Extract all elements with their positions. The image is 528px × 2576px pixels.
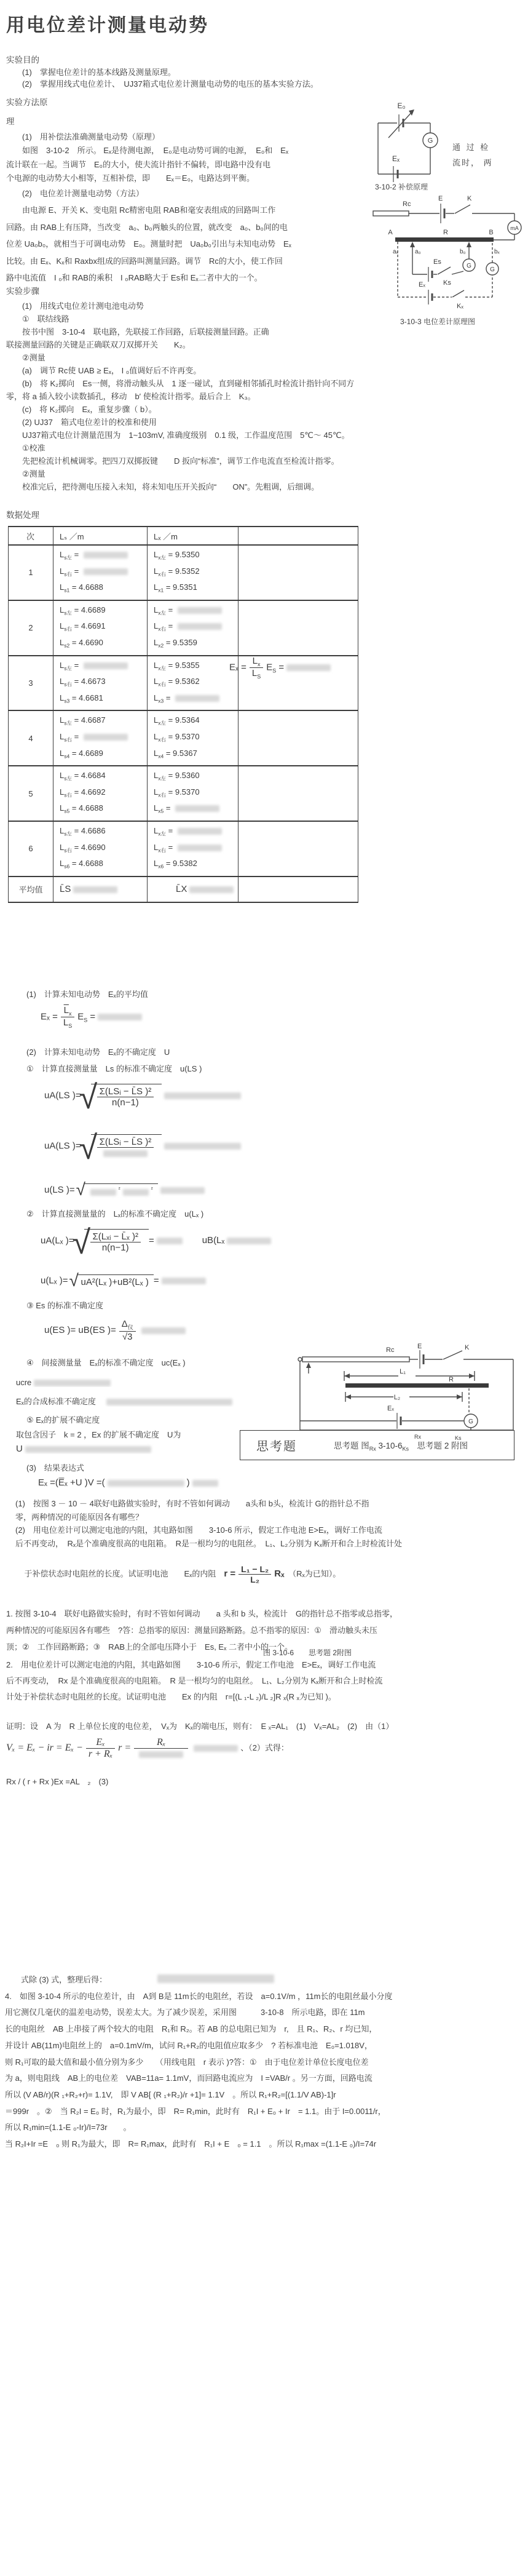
redacted-blur [178,607,222,614]
proof-line: 证明：设 A 为 R 上单位长度的电位差， Vₓ为 Kₓ的端电压，则有： E ₓ… [6,1720,526,1731]
label-r: R [449,1376,454,1383]
redacted-blur [175,805,219,812]
table-row: 1 Ls左 = Ls右 = Ls1 = 4.6688 Lx左 = 9.5350 … [9,545,358,600]
question-line: 零，两种情况的可能原因各有哪些？ [15,1511,528,1524]
table-header-row: 次 Lₛ ／m Lₓ ／m [9,527,358,545]
label-b: B [489,229,493,236]
resistance-wire [395,237,494,242]
text-line: (a) 调节 Rc使 UAB ≥ Eₓ， I ₀值调好后不许再变。 [6,364,526,377]
label-k: K [465,1344,470,1351]
question-r-formula: 于补偿状态时电阻丝的长度。试证明电池 Eₓ的内阻 r =L₁ − L₂L₂Rₓ … [15,1555,341,1594]
think-question-label: 思考题 [256,1436,297,1454]
arrow-icon [306,1362,311,1368]
average-ls: L̄S [53,877,148,902]
formula-ua-ls-2: uA(LS )=Σ(LSᵢ − L̄S )² [44,1134,243,1158]
redacted-blur [178,623,222,630]
redacted-blur [192,1480,218,1487]
dp-item-1: (1) 计算未知电动势 Eₓ的平均值 [18,988,148,1000]
steps-lines: (1) 用线式电位差计测电池电动势 ① 联结线路 按书中图 3-10-4 联电路… [6,300,526,493]
text-line: ②测量 [6,467,526,480]
label-b0: b₀ [460,248,466,255]
trial-number: 6 [9,821,53,877]
text-line: 当 R₂I+Ir =E ₀ 则 R₁为最大，即 R= R₁max，此时有 R₁I… [5,2136,527,2153]
answer-line: 2. 用电位差计可以测定电池的内阻，其电路如图 3-10-6 所示，假定工作电池… [6,1657,526,1673]
formula-result: Eₓ =(E̅ₓ +U )V =() [38,1477,221,1488]
formula-ex-average-side: Eₓ =LxLSES = [229,656,333,680]
method-para-2: 由电源 E、开关 K、变电阻 Rc精密电阻 RAB和毫安表组成的回路叫工作回路。… [6,202,370,287]
label-ax: aₓ [393,248,399,255]
ls-cell: Ls左 = 4.6684 Ls右 = 4.6692 Ls5 = 4.6688 [53,766,148,821]
arrow-icon [467,242,471,247]
text-line: 用它测仅几毫伏的温差电动势，误差太大。为了减少误差，采用图 3-10-8 所示电… [5,2005,527,2021]
formula-ua-lx: uA(Lₓ )=Σ(Lₓᵢ − L̄ₓ )²n(n−1)=uB(Lₓ [41,1229,274,1253]
redacted-blur [25,1446,151,1453]
document-page: 用电位差计测量电动势 实验目的 (1) 掌握电位差计的基本线路及测量原理。 (2… [0,0,528,2576]
redacted-blur [84,568,128,575]
answer-line: 1. 按图 3-10-4 联好电路做实验时，有时不管如何调动 a 头和 b 头，… [6,1605,526,1622]
page-title: 用电位差计测量电动势 [6,10,209,37]
redacted-blur [189,886,234,893]
label-a0: a₀ [415,248,421,255]
redacted-blur [157,1238,183,1244]
method-sub-2: (2) 电位差计测量电动势（方法） [6,187,144,199]
redacted-blur [178,828,222,835]
purpose-item: (1) 掌握电位差计的基本线路及测量原理。 [6,66,318,78]
heading-steps: 实验步骤 [6,284,39,296]
column-header: Lₓ ／m [148,527,238,545]
lx-cell: Lx左 = 9.5350 Lx右 = 9.5352 Lx1 = 9.5351 [148,545,238,600]
redacted-blur [123,1189,149,1196]
answer-line: 两种情况的可能原因各有哪些 ?答：总指零的原因：测量回路断路。总不指零的原因：①… [6,1622,526,1639]
redacted-blur [106,1399,232,1405]
column-header: 次 [9,527,53,545]
redacted-blur [84,734,128,741]
text-line: (1) 用线式电位差计测电池电动势 [6,300,526,312]
text-line: 由电源 E、开关 K、变电阻 Rc精密电阻 RAB和毫安表组成的回路叫工作 [6,202,370,219]
text-line: 路中电流值 I ₀和 RAB的乘积 I ₀RAB略大于 Es和 Eₓ二者中大的一… [6,269,370,287]
figure-3-10-2: E₀ Eₓ G 3-10-2 补偿原理 [366,90,520,195]
formula-u-ls: u(LS )=²² [44,1183,207,1197]
redacted-blur [194,1745,238,1752]
arrow-icon [345,1394,351,1399]
galvanometer-icon: G [428,137,433,145]
label-rc: Rc [386,1346,395,1354]
text-line: 零，将 a 插入较小读数插孔，移动 b′ 使检流计指零。最后合上 K₃。 [6,390,526,403]
data-table: 次 Lₛ ／m Lₓ ／m 1 Ls左 = Ls右 = Ls1 = 4.6688… [8,526,358,903]
redacted-blur [98,1014,142,1020]
label-k: K [467,195,472,202]
redacted-blur [160,1187,205,1194]
average-label: 平均值 [9,877,53,902]
formula-ua-ls-1: uA(LS )=Σ(LSᵢ − L̄S )²n(n−1) [44,1084,243,1108]
ls-cell: Ls左 = 4.6687 Ls右 = Ls4 = 4.6689 [53,710,148,766]
purpose-item: (2) 掌握用线式电位差计、 UJ37箱式电位差计测量电动势的电压的基本实验方法… [6,78,318,90]
table-row: 4 Ls左 = 4.6687 Ls右 = Ls4 = 4.6689 Lx左 = … [9,710,358,766]
text-line: ②测量 [6,351,526,364]
think-question-caption-box: 思考题 思考题 图Rx 3-10-6Ks 思考题 2 附图 [240,1430,514,1460]
redacted-blur [90,1189,116,1196]
label-e: E [417,1343,422,1350]
redacted-blur [157,1974,274,1983]
label-e0: E₀ [398,101,406,110]
text-line: (b) 将 K₂掷向 Es一侧，将滑动触头从 1 逐一碰试，直到碰相邻插孔时检流… [6,377,526,390]
text-line: 先把检流计机械调零。把四刀双掷扳键 D 扳向“标准”，调节工作电流直至检流计指零… [6,455,526,467]
figure-caption: 思考题 图Rx 3-10-6Ks 思考题 2 附图 [334,1439,468,1452]
answer-line: 后不再变动， Rx 是个准确度很高的电阻箱。 R 是一根均匀的电阻丝。 L₁、L… [6,1673,526,1689]
ls-cell: Ls左 = 4.6686 Ls右 = 4.6690 Ls6 = 4.6688 [53,821,148,877]
text-line: 4. 如图 3-10-4 所示的电位差计，由 A到 B是 11m长的电阻丝，若设… [5,1989,527,2005]
label-r: R [443,229,448,236]
resistance-wire [345,1383,489,1388]
text-line: 长的电阻丝 AB 上串接了两个较大的电阻 R₁和 R₂。若 AB 的总电阻已知为… [5,2021,527,2038]
dp-sub-4: ④ 间接测量量 Eₓ的标准不确定度 uc(Eₓ ) [18,1356,186,1368]
table-row: 2 Ls左 = 4.6689 Ls右 = 4.6691 Ls2 = 4.6690… [9,600,358,656]
heading-method-1: 实验方法原 [6,95,48,108]
internal-resistance-circuit-diagram: Rc E K L₁ R L₂ Eₓ G Rx Ks [295,1343,528,1441]
compensation-circuit-diagram: E₀ Eₓ G 3-10-2 补偿原理 [366,90,520,193]
text-line: UJ37箱式电位计测量范围为 1~103mV, 准确度级别 0.1 级，工作温度… [6,429,526,442]
redacted-blur [73,886,117,893]
redacted-blur [162,1278,206,1284]
text-line: ＝999r 。② 当 R₂I = E₀ 时，R₁为最小，即 R= R₁min，此… [5,2104,527,2120]
text-line: 所以 (V AB/r)(R ₁+R₂+r)= 1.1V, 即 V AB[ (R … [5,2087,527,2104]
arrow-icon [344,1373,350,1378]
formula-u-lx: u(Lₓ )=uA²(Lₓ )+uB²(Lₓ )= [41,1274,208,1287]
redacted-blur [84,662,128,669]
questions: (1) 按图 3 － 10 － 4联好电路做实验时，有时不管如何调动 a头和 b… [15,1497,528,1550]
label-ex: Eₓ [387,1405,394,1412]
question-line: (2) 用电位差计可以测定电池的内阻，其电路如图 3-10-6 所示，假定工作电… [15,1524,528,1537]
column-header-empty [238,527,358,545]
lx-cell: Lx左 = Lx右 = Lx2 = 9.5359 [148,600,238,656]
redacted-blur [141,1327,186,1334]
question-line: 后不再变动， Rₓ是个准确度很高的电阻箱。 R是一根均匀的电阻丝。 L₁、L₂分… [15,1537,528,1551]
column-header: Lₛ ／m [53,527,148,545]
text-line: 联接测量回路的关键是正确联双刀双掷开关 K₂。 [6,338,526,351]
label-l2: L₂ [394,1394,400,1401]
text-line: 则 R₁可取的最大值和最小值分别为多少 （用线电阻 r 表示 )?答：① 由于电… [5,2054,527,2071]
text-line: (c) 将 K₂掷向 Eₓ，重复步骤（ b）。 [6,403,526,416]
final-section: 式除 (3) 式，整理后得：4. 如图 3-10-4 所示的电位差计，由 A到 … [5,1972,527,2153]
trial-number: 3 [9,656,53,711]
figure-caption: 3-10-2 补偿原理 [375,182,428,191]
text-line: 比较。由 Eₓ、Kₓ和 Raxbx组成的回路叫测量回路。调节 Rc的大小，使工作… [6,253,370,270]
dp-sub-1: ① 计算直接测量量 Ls 的标准不确定度 u(LS ) [18,1062,202,1074]
method-para-1: 如图 3-10-2 所示。 Eₓ是待测电源， E₀是电动势可调的电源， E₀和 … [6,144,369,186]
lx-cell: Lx左 = 9.5355 Lx右 = 9.5362 Lx3 = [148,656,238,711]
text-line: 校准完后，把待测电压接入未知，将未知电压开关扳向“ ON”。先粗调，后细调。 [6,480,526,493]
table-average-row: 平均值 L̄S L̄X [9,877,358,902]
question-line: (1) 按图 3 － 10 － 4联好电路做实验时，有时不管如何调动 a头和 b… [15,1497,528,1511]
label-ex: Eₓ [419,281,425,288]
purpose-items: (1) 掌握电位差计的基本线路及测量原理。 (2) 掌握用线式电位差计、 UJ3… [6,66,318,90]
combined-uncertainty: Eₓ的合成标准不确定度 [16,1395,235,1407]
arrow-icon [457,1394,462,1399]
label-a: A [388,229,393,236]
average-lx: L̄X [148,877,238,902]
ls-cell: Ls左 = Ls右 = Ls1 = 4.6688 [53,545,148,600]
answer-2: 2. 用电位差计可以测定电池的内阻，其电路如图 3-10-6 所示，假定工作电池… [6,1657,526,1705]
text-line: 回路。由 RAB上有压降，当改变 a₀、b₀两触头的位置，就改变 a₀、b₀间的… [6,219,370,236]
redacted-blur [34,1380,111,1386]
text-line: 流计联在一起。当调节 E₀的大小，使夫流计指针不偏转，即电路中没有电 [6,158,369,172]
method-sub-1: (1) 用补偿法准确测量电动势（原理） [6,130,160,142]
galvanometer-icon: G [468,1418,473,1425]
redacted-blur [178,845,222,851]
text-line: (2) UJ37 箱式电位差计的校准和使用 [6,416,526,429]
label-rc: Rc [403,201,411,208]
label-l1: L₁ [400,1368,406,1375]
trial-number: 5 [9,766,53,821]
heading-method-2: 理 [6,114,15,127]
milliammeter-icon: mA [510,225,519,231]
redacted-blur [84,552,128,559]
label-e: E [438,195,443,202]
figure-3-10-6: Rc E K L₁ R L₂ Eₓ G Rx Ks [295,1343,528,1443]
trial-number: 1 [9,545,53,600]
text-line: 个电源的电动势大小相等，互相补偿，即 Eₓ＝E₀，电路达到平衡。 [6,172,369,186]
lx-cell: Lx左 = 9.5364 Lx右 = 9.5370 Lx4 = 9.5367 [148,710,238,766]
text-line: 按书中图 3-10-4 联电路，先联接工作回路，后联接测量回路。正确 [6,325,526,338]
label-ex: Eₓ [392,154,400,163]
trial-number: 2 [9,600,53,656]
k-factor-line: 取包含因子 k = 2 ，Ex 的扩展不确定度 U为 [16,1428,181,1440]
text-line: 所以 R₁min=(1.1-E ₀-Ir)/I=73r 。 [5,2120,527,2136]
ls-cell: Ls左 = 4.6689 Ls右 = 4.6691 Ls2 = 4.6690 [53,600,148,656]
formula-vx: Vₓ = Eₓ − ir = Eₓ −Eₓr + Rₓr =Rₓ、（2）式得： [6,1737,289,1760]
text-line: ① 联结线路 [6,312,526,325]
text-line: 为 a，则电阻线 AB上的电位差 VAB=11a= 1.1mV，而回路电流应为 … [5,2070,527,2087]
redacted-blur [175,695,219,702]
heading-data-processing: 数据处理 [6,508,39,520]
formula-u-es: u(ES )= uB(ES )=Δ仪√3 [44,1319,188,1342]
text-line: 位差 Ua₀b₀，就相当于可调电动势 E₀。测量时把 Ua₀b₀引出与未知电动势… [6,236,370,253]
dp-sub-5: ⑤ Eₓ的扩展不确定度 [18,1413,100,1425]
redacted-blur [103,1150,148,1157]
text-line: 并设计 AB(11m)电阻丝上的 a=0.1mV/m，试问 R₁+R₂的电阻值应… [5,2038,527,2054]
dp-sub-3: ③ Es 的标准不确定度 [18,1299,103,1311]
label-bx: bₓ [494,248,500,255]
answer-line: 计处于补偿状态时电阻丝的长度。试证明电池 Ex 的内阻 r=[(L ₁-L ₂)… [6,1689,526,1705]
lx-cell: Lx左 = 9.5360 Lx右 = 9.5370 Lx5 = [148,766,238,821]
redacted-blur [164,1143,241,1150]
dp-item-3: (3) 结果表达式 [18,1461,84,1473]
heading-purpose: 实验目的 [6,53,39,65]
table-row: 5 Ls左 = 4.6684 Ls右 = 4.6692 Ls5 = 4.6688… [9,766,358,821]
dp-item-2: (2) 计算未知电动势 Eₓ的不确定度 U [18,1046,170,1057]
equation-3: Rx / ( r + Rx )Ex =AL ₂ (3) [6,1775,108,1787]
redacted-blur [164,1092,241,1099]
redacted-blur [139,1751,183,1758]
redacted-blur [286,664,331,671]
arrow-icon [410,242,415,247]
text-line: ①校准 [6,442,526,455]
redacted-blur [227,1238,271,1244]
arrow-icon [469,1373,475,1378]
text-line: 如图 3-10-2 所示。 Eₓ是待测电源， E₀是电动势可调的电源， E₀和 … [6,144,369,158]
lx-cell: Lx左 = Lx右 = Lx6 = 9.5382 [148,821,238,877]
formula-ex-average: Eₓ =LxLSES = [41,1005,144,1029]
trial-number: 4 [9,710,53,766]
galvanometer-icon: G [490,266,495,273]
redacted-blur [108,1480,184,1487]
ls-cell: Ls左 = Ls右 = 4.6673 Ls3 = 4.6681 [53,656,148,711]
table-row: 6 Ls左 = 4.6686 Ls右 = 4.6690 Ls6 = 4.6688… [9,821,358,877]
galvanometer-icon: G [467,263,471,269]
label-es: Es [433,258,441,266]
formula-u-expanded: U [16,1444,154,1454]
figure-overlay-caption: 图 3-10-6 思考题 2附图 [263,1647,352,1658]
label-ks: Ks [443,279,451,287]
formula-uc: ucre [16,1378,113,1387]
dp-sub-2: ② 计算直接测量量的 Lₓ的标准不确定度 u(Lₓ ) [18,1207,203,1219]
